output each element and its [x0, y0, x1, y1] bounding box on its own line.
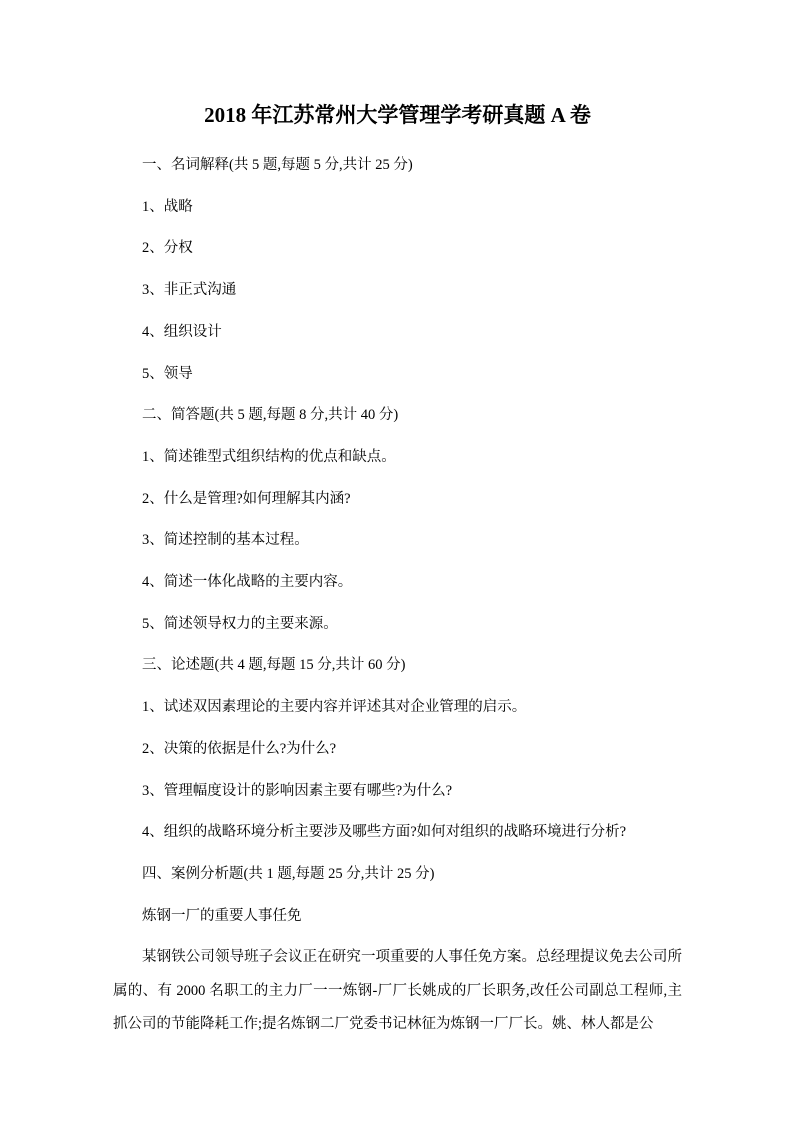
section-1-heading: 一、名词解释(共 5 题,每题 5 分,共计 25 分) — [113, 149, 682, 182]
question-item: 4、组织的战略环境分析主要涉及哪些方面?如何对组织的战略环境进行分析? — [113, 816, 682, 849]
question-item: 3、管理幅度设计的影响因素主要有哪些?为什么? — [113, 775, 682, 808]
question-item: 5、领导 — [113, 358, 682, 391]
case-paragraph: 某钢铁公司领导班子会议正在研究一项重要的人事任免方案。总经理提议免去公司所属的、… — [113, 941, 682, 1041]
section-4-heading: 四、案例分析题(共 1 题,每题 25 分,共计 25 分) — [113, 858, 682, 891]
document-title: 2018 年江苏常州大学管理学考研真题 A 卷 — [113, 97, 682, 133]
question-item: 3、非正式沟通 — [113, 274, 682, 307]
document-page: 2018 年江苏常州大学管理学考研真题 A 卷 一、名词解释(共 5 题,每题 … — [0, 0, 794, 1123]
section-3-heading: 三、论述题(共 4 题,每题 15 分,共计 60 分) — [113, 649, 682, 682]
section-2-heading: 二、简答题(共 5 题,每题 8 分,共计 40 分) — [113, 399, 682, 432]
question-item: 2、什么是管理?如何理解其内涵? — [113, 483, 682, 516]
case-title: 炼钢一厂的重要人事任免 — [113, 900, 682, 933]
question-item: 1、试述双因素理论的主要内容并评述其对企业管理的启示。 — [113, 691, 682, 724]
question-item: 1、战略 — [113, 191, 682, 224]
question-item: 2、分权 — [113, 232, 682, 265]
question-item: 4、简述一体化战略的主要内容。 — [113, 566, 682, 599]
question-item: 1、简述锥型式组织结构的优点和缺点。 — [113, 441, 682, 474]
question-item: 4、组织设计 — [113, 316, 682, 349]
question-item: 3、简述控制的基本过程。 — [113, 524, 682, 557]
question-item: 2、决策的依据是什么?为什么? — [113, 733, 682, 766]
question-item: 5、简述领导权力的主要来源。 — [113, 608, 682, 641]
